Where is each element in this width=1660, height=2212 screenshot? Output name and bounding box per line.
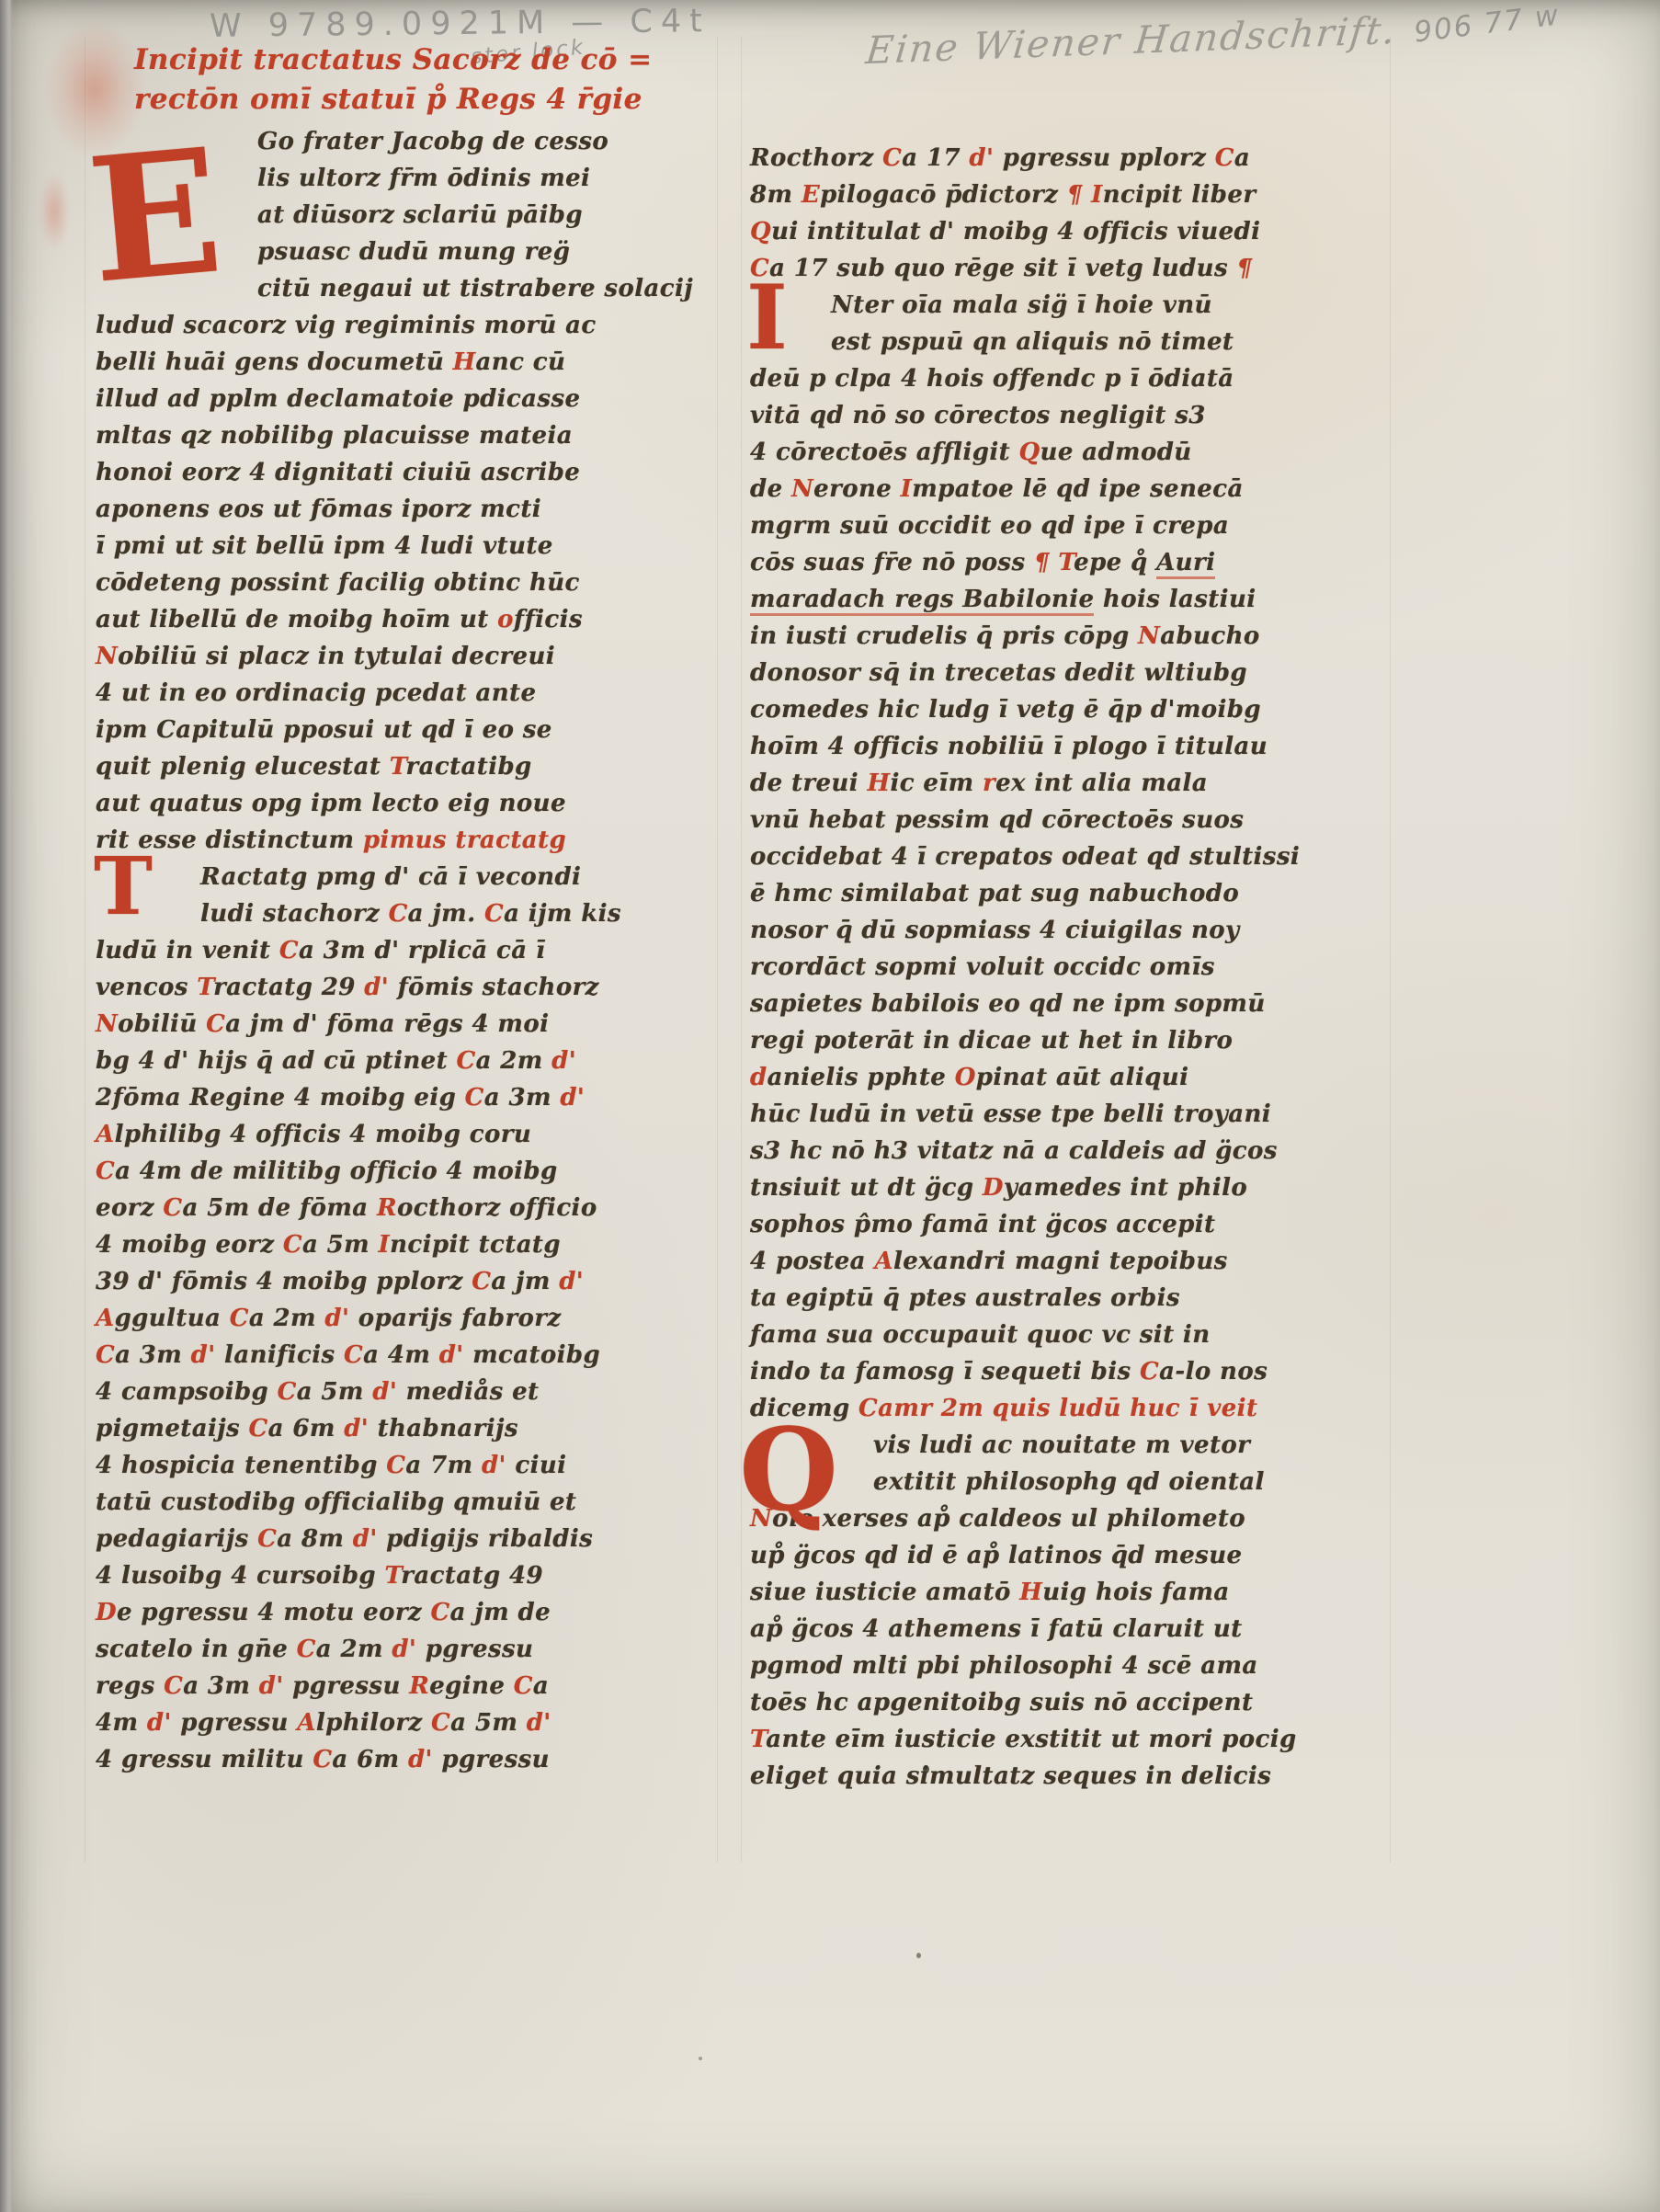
text-line: ī pmi ut sit bellū ipm 4 ludi vtute	[96, 528, 713, 564]
rubricated-text: C	[465, 1084, 484, 1112]
ink-text: ncipit liber	[1103, 181, 1256, 209]
text-line: Nobiliū Ca jm d' fōma rēgs 4 moi	[96, 1006, 713, 1043]
text-line: s3 hc nō h3 vitatz nā a caldeis ad g̈cos	[750, 1133, 1393, 1169]
ink-text: maradach regs Babilonie	[750, 586, 1094, 616]
ink-text: mpatoe lē qd ipe senecā	[912, 475, 1244, 503]
text-line: honoi eorz 4 dignitati ciuiū ascribe	[96, 454, 713, 491]
rubricated-text: C	[431, 1709, 450, 1737]
ink-text: est pspuū qn aliquis nō timet	[831, 328, 1234, 356]
ink-text: a	[1234, 144, 1250, 172]
text-line: Rocthorz Ca 17 d' pgressu pplorz Ca	[750, 140, 1393, 177]
ink-text: ta egiptū q̄ ptes australes orbis	[750, 1284, 1180, 1312]
text-line: ludi stachorz Ca jm. Ca ijm kis	[96, 895, 713, 932]
ink-text: egine	[429, 1672, 514, 1700]
rubricated-text: C	[313, 1746, 332, 1773]
rubricated-text: Q	[750, 218, 771, 245]
ink-text: de treui	[750, 770, 867, 797]
ink-text: hois lastiui	[1094, 586, 1256, 613]
rubricated-text: C	[386, 1452, 405, 1479]
ink-text: lanificis	[216, 1341, 344, 1369]
rubricated-text: d'	[392, 1636, 416, 1663]
text-line: 4 ut in eo ordinacig pcedat ante	[96, 675, 713, 712]
text-line: tnsiuit ut dt g̈cg Dyamedes int philo	[750, 1169, 1393, 1206]
text-line: quit plenig elucestat Tractatibg	[96, 748, 713, 785]
ink-text: a 3m	[484, 1084, 561, 1112]
ink-text: Nter oīa mala sig̈ ī hoie vnū	[831, 291, 1212, 319]
rubricated-text: D	[983, 1174, 1004, 1202]
ruling-line	[741, 37, 742, 1863]
rubricated-text: d'	[559, 1268, 584, 1295]
rubricated-text: C	[249, 1415, 268, 1442]
text-line: cōdeteng possint facilig obtinc hūc	[96, 564, 713, 601]
text-line: 4 postea Alexandri magni tepoibus	[750, 1243, 1393, 1280]
ink-text: oparijs fabrorz	[349, 1305, 561, 1332]
text-line: toēs hc apgenitoibg suis nō accipent	[750, 1684, 1393, 1721]
rubricated-text: d'	[482, 1452, 506, 1479]
ink-text: Ractatg pmg d' cā ī vecondi	[200, 863, 581, 891]
ink-text: a 3m	[115, 1341, 191, 1369]
ink-text: a 4m de militibg officio 4 moibg	[115, 1157, 558, 1185]
rubricated-text: A	[96, 1305, 115, 1332]
ink-text: fōmis stachorz	[389, 974, 599, 1001]
rubricated-text: d'	[344, 1415, 369, 1442]
rubricated-text: d'	[353, 1525, 378, 1553]
ink-text	[1083, 181, 1091, 209]
rubricated-text: r	[983, 770, 995, 797]
ink-text: yamedes int philo	[1004, 1174, 1247, 1202]
text-line: rectōn omī statuī p̊ Regs 4 r̄gie	[134, 80, 713, 120]
ink-text: pinat aūt aliqui	[976, 1064, 1189, 1091]
rubricated-text: H	[453, 348, 476, 376]
quis-ludi-block: Qvis ludi ac nouitate m vetorextitit phi…	[750, 1427, 1393, 1795]
rubricated-text: ¶	[1236, 255, 1252, 282]
rubricated-text: R	[409, 1672, 429, 1700]
text-line: rcordāct sopmi voluit occidc omīs	[750, 949, 1393, 986]
ink-text: eliget quia simultatz seques in delicis	[750, 1762, 1271, 1790]
ink-text: ggultua	[115, 1305, 230, 1332]
rubricated-text: T	[1058, 549, 1074, 576]
text-line: indo ta famosg ī sequeti bis Ca-lo nos	[750, 1353, 1393, 1390]
ink-text: thabnarijs	[369, 1415, 518, 1442]
ruling-line	[717, 37, 718, 1863]
rubricated-text: C	[96, 1341, 115, 1369]
rubricated-text: E	[802, 181, 820, 209]
ink-text: pgressu	[416, 1636, 533, 1663]
ink-text: pigmetaijs	[96, 1415, 249, 1442]
ink-text: vis ludi ac nouitate m vetor	[873, 1431, 1250, 1459]
ink-text: up̊ g̈cos qd id ē ap̊ latinos q̄d mesue	[750, 1542, 1242, 1569]
ink-text: ractatg 49	[401, 1562, 543, 1590]
text-line: aut libellū de moibg hoīm ut officis	[96, 601, 713, 638]
ink-smudge	[33, 156, 75, 267]
text-line: Nobiliū si placz in tytulai decreui	[96, 638, 713, 675]
text-line: pedagiarijs Ca 8m d' pdigijs ribaldis	[96, 1521, 713, 1557]
ink-text: pdigijs ribaldis	[378, 1525, 593, 1553]
ink-text: erone	[813, 475, 900, 503]
text-line: deū p clpa 4 hois offendc p ī ōdiatā	[750, 360, 1393, 397]
rubricated-text: C	[279, 937, 299, 964]
rubricated-text: d'	[439, 1341, 464, 1369]
text-line: Incipit tractatus Sacorz de cō =	[134, 40, 713, 80]
rubricated-text: d'	[259, 1672, 284, 1700]
ink-text: 4 gressu militu	[96, 1746, 313, 1773]
ink-text: a 3m d' rplicā cā ī	[299, 937, 545, 964]
rubricated-text: C	[283, 1231, 302, 1259]
pencil-cursive-note: Eine Wiener Handschrift.	[864, 8, 1399, 73]
column-right: Rocthorz Ca 17 d' pgressu pplorz Ca8m Ep…	[750, 140, 1393, 1795]
ink-text: 4 cōrectoēs affligit	[750, 439, 1018, 466]
ink-text: uig hois fama	[1042, 1579, 1229, 1606]
stain-speck	[699, 2057, 702, 2060]
ink-text: psuasc dudū mung reg̈	[257, 238, 570, 266]
rubricated-text: d	[750, 1064, 767, 1091]
ink-text: hūc ludū in vetū esse tpe belli troyani	[750, 1100, 1271, 1128]
text-line: extitit philosophg qd oiental	[750, 1464, 1393, 1500]
text-line: est pspuū qn aliquis nō timet	[750, 324, 1393, 360]
ink-text: Rocthorz	[750, 144, 882, 172]
ink-text: belli huāi gens documetū	[96, 348, 453, 376]
ink-text: 4 campsoibg	[96, 1378, 278, 1406]
rubricated-text: d'	[560, 1084, 585, 1112]
text-line: Nter oīa mala sig̈ ī hoie vnū	[750, 287, 1393, 324]
rubricated-text: T	[197, 974, 213, 1001]
text-line: hoīm 4 officis nobiliū ī plogo ī titulau	[750, 728, 1393, 765]
text-line: Alphilibg 4 officis 4 moibg coru	[96, 1116, 713, 1153]
rubricated-text: Camr 2m quis ludū huc ī veit	[858, 1395, 1257, 1422]
text-line: 39 d' fōmis 4 moibg pplorz Ca jm d'	[96, 1263, 713, 1300]
ink-text: anielis pphte	[767, 1064, 955, 1091]
ink-text: a jm.	[408, 900, 484, 928]
ink-text: regs	[96, 1672, 164, 1700]
text-line: pigmetaijs Ca 6m d' thabnarijs	[96, 1410, 713, 1447]
rubricated-text: A	[297, 1709, 316, 1737]
text-line: nosor q̄ dū sopmiass 4 ciuigilas noy	[750, 912, 1393, 949]
text-line: ludū in venit Ca 3m d' rplicā cā ī	[96, 932, 713, 969]
ink-text: a 17	[902, 144, 969, 172]
ink-text: lphilorz	[316, 1709, 431, 1737]
text-line: Noīe xerses ap̊ caldeos ul philometo	[750, 1500, 1393, 1537]
ink-text: a jm d' fōma rēgs 4 moi	[225, 1010, 549, 1038]
text-line: fama sua occupauit quoc vc sit in	[750, 1317, 1393, 1353]
ink-text: cōs suas fr̄e nō poss	[750, 549, 1034, 576]
text-line: de Nerone Impatoe lē qd ipe senecā	[750, 471, 1393, 507]
rubricated-text: C	[278, 1378, 297, 1406]
text-line: 4 moibg eorz Ca 5m Incipit tctatg	[96, 1226, 713, 1263]
rubricated-text: A	[96, 1121, 115, 1148]
ink-text: a 6m	[268, 1415, 345, 1442]
ink-text: rcordāct sopmi voluit occidc omīs	[750, 953, 1215, 981]
ink-text: a 5m	[297, 1378, 373, 1406]
text-line: comedes hic ludg ī vetg ē q̄p d'moibg	[750, 691, 1393, 728]
text-line: sophos p̂mo famā int g̈cos accepit	[750, 1206, 1393, 1243]
ink-text: ludi stachorz	[200, 900, 389, 928]
pencil-shelfmark: W 9789.0921M — C4t	[210, 3, 711, 45]
ink-text: mgrm suū occidit eo qd ipe ī crepa	[750, 512, 1229, 540]
rubricated-text: C	[514, 1672, 533, 1700]
text-line: sapietes babilois eo qd ne ipm sopmū	[750, 986, 1393, 1022]
text-line: mltas qz nobilibg placuisse mateia	[96, 417, 713, 454]
rubricated-text: C	[164, 1672, 183, 1700]
text-line: cōs suas fr̄e nō poss ¶ Tepe q̊ Auri	[750, 544, 1393, 581]
text-line: 4 gressu militu Ca 6m d' pgressu	[96, 1741, 713, 1778]
ink-text: ncipit tctatg	[390, 1231, 561, 1259]
ink-text: scatelo in gn̄e	[96, 1636, 297, 1663]
rubricated-text: C	[96, 1157, 115, 1185]
rubricated-text: C	[1215, 144, 1234, 172]
rubricated-text: T	[390, 753, 406, 781]
ink-text: vitā qd nō so cōrectos negligit s3	[750, 402, 1206, 429]
rubricated-text: N	[791, 475, 813, 503]
ink-text: a 2m	[249, 1305, 325, 1332]
ink-text: a 8m	[277, 1525, 353, 1553]
ink-text: mltas qz nobilibg placuisse mateia	[96, 422, 573, 450]
text-line: 4 cōrectoēs affligit Que admodū	[750, 434, 1393, 471]
rubricated-text: C	[472, 1268, 491, 1295]
drop-cap-initial: Q	[739, 1414, 838, 1528]
ink-text: aut libellū de moibg hoīm ut	[96, 606, 497, 633]
ink-text: Auri	[1156, 549, 1215, 579]
inter-omnia-block: INter oīa mala sig̈ ī hoie vnūest pspuū …	[750, 287, 1393, 1427]
text-line: bg 4 d' hijs q̄ ad cū ptinet Ca 2m d'	[96, 1043, 713, 1079]
ink-text: ludud scacorz vig regiminis morū ac	[96, 312, 597, 339]
rubricated-text: C	[431, 1599, 450, 1626]
ink-text: a ijm kis	[504, 900, 621, 928]
text-line: aponens eos ut fōmas iporz mcti	[96, 491, 713, 528]
ink-text: sapietes babilois eo qd ne ipm sopmū	[750, 990, 1266, 1018]
text-line: danielis pphte Opinat aūt aliqui	[750, 1059, 1393, 1096]
rubricated-text: C	[257, 1525, 277, 1553]
rubricated-text: C	[457, 1047, 476, 1075]
manuscript-page: W 9789.0921M — C4t stor lock 906 77 w Ei…	[0, 0, 1660, 2212]
ink-text: indo ta famosg ī sequeti bis	[750, 1358, 1140, 1385]
rubricated-text: C	[344, 1341, 363, 1369]
ink-text: ludū in venit	[96, 937, 279, 964]
rubricated-text: d'	[969, 144, 994, 172]
text-line: occidebat 4 ī crepatos odeat qd stultiss…	[750, 838, 1393, 875]
ink-text: 4 ut in eo ordinacig pcedat ante	[96, 679, 536, 707]
text-line: siue iusticie amatō Huig hois fama	[750, 1574, 1393, 1611]
text-line: vis ludi ac nouitate m vetor	[750, 1427, 1393, 1464]
ink-text: quit plenig elucestat	[96, 753, 390, 781]
ink-text: occidebat 4 ī crepatos odeat qd stultiss…	[750, 843, 1300, 871]
ink-text: 4 postea	[750, 1248, 874, 1275]
text-line: De pgressu 4 motu eorz Ca jm de	[96, 1594, 713, 1631]
ink-text: ipm Capitulū pposui ut qd ī eo se	[96, 716, 552, 744]
rubricated-text: C	[206, 1010, 225, 1038]
ink-text: octhorz officio	[397, 1194, 597, 1222]
rubricated-text: C	[230, 1305, 249, 1332]
ink-text: a 2m	[476, 1047, 552, 1075]
rubricated-text: d'	[147, 1709, 172, 1737]
ink-text: abucho	[1160, 622, 1259, 650]
ink-text: ī pmi ut sit bellū ipm 4 ludi vtute	[96, 532, 553, 560]
text-line: Ractatg pmg d' cā ī vecondi	[96, 859, 713, 895]
ink-text: citū negaui ut tistrabere solacij	[257, 275, 693, 302]
ink-text: toēs hc apgenitoibg suis nō accipent	[750, 1689, 1253, 1716]
rubricated-text: d'	[191, 1341, 216, 1369]
text-line: 8m Epilogacō p̄dictorz ¶ Incipit liber	[750, 177, 1393, 213]
text-line: 4 hospicia tenentibg Ca 7m d' ciui	[96, 1447, 713, 1484]
ink-text: illud ad pplm declamatoie pdicasse	[96, 385, 580, 413]
ink-text: anc cū	[476, 348, 566, 376]
ink-text: sophos p̂mo famā int g̈cos accepit	[750, 1211, 1215, 1238]
ink-text: in iusti crudelis q̄ pris cōpg	[750, 622, 1138, 650]
text-line: Aggultua Ca 2m d' oparijs fabrorz	[96, 1300, 713, 1337]
ink-text: a 3m	[183, 1672, 259, 1700]
rubricated-text: d'	[372, 1378, 397, 1406]
ink-text: ractatibg	[406, 753, 532, 781]
text-line: pgmod mlti pbi philosophi 4 scē ama	[750, 1648, 1393, 1684]
text-line: ta egiptū q̄ ptes australes orbis	[750, 1280, 1393, 1317]
ink-text: obiliū	[118, 1010, 206, 1038]
rubricated-text: ¶	[1067, 181, 1083, 209]
ink-text: deū p clpa 4 hois offendc p ī ōdiatā	[750, 365, 1234, 393]
text-line: regs Ca 3m d' pgressu Regine Ca	[96, 1668, 713, 1705]
rubricated-text: d'	[364, 974, 389, 1001]
text-line: rit esse distinctum pimus tractatg	[96, 822, 713, 859]
ruling-line	[85, 37, 85, 1863]
ink-text: pgressu pplorz	[994, 144, 1214, 172]
ink-text: cōdeteng possint facilig obtinc hūc	[96, 569, 580, 597]
ink-text: hoīm 4 officis nobiliū ī plogo ī titulau	[750, 733, 1268, 760]
text-line: scatelo in gn̄e Ca 2m d' pgressu	[96, 1631, 713, 1668]
text-line: donosor sq̄ in trecetas dedit wltiubg	[750, 655, 1393, 691]
ink-text: s3 hc nō h3 vitatz nā a caldeis ad g̈cos	[750, 1137, 1278, 1165]
ink-text: tnsiuit ut dt g̈cg	[750, 1174, 983, 1202]
text-line: Ca 4m de militibg officio 4 moibg	[96, 1153, 713, 1190]
column-left: Incipit tractatus Sacorz de cō =rectōn o…	[96, 40, 713, 1778]
ink-text: a 5m	[302, 1231, 379, 1259]
ink-text: epe q̊	[1074, 549, 1156, 576]
ink-text: mediås et	[397, 1378, 539, 1406]
rubricated-text: pimus tractatg	[363, 827, 566, 854]
rubricated-text: N	[96, 643, 118, 670]
ink-text: tatū custodibg officialibg qmuiū et	[96, 1488, 576, 1516]
ink-text: ap̊ g̈cos 4 athemens ī fatū claruit ut	[750, 1615, 1243, 1643]
ink-text: a 4m	[363, 1341, 439, 1369]
rubricated-text: T	[750, 1726, 766, 1753]
ink-text: Go frater Jacobg de cesso	[257, 128, 608, 155]
text-line: vitā qd nō so cōrectos negligit s3	[750, 397, 1393, 434]
text-line: Qui intitulat d' moibg 4 officis viuedi	[750, 213, 1393, 250]
ink-text: nosor q̄ dū sopmiass 4 ciuigilas noy	[750, 917, 1240, 944]
ink-text: regi poterāt in dicae ut het in libro	[750, 1027, 1233, 1055]
text-line: dicemg Camr 2m quis ludū huc ī veit	[750, 1390, 1393, 1427]
ink-text: 4 hospicia tenentibg	[96, 1452, 386, 1479]
rubricated-text: H	[1019, 1579, 1042, 1606]
rubricated-text: d'	[551, 1047, 576, 1075]
rubricated-text: I	[1091, 181, 1103, 209]
ink-text: 4 lusoibg 4 cursoibg	[96, 1562, 384, 1590]
rubric-incipit: Incipit tractatus Sacorz de cō =rectōn o…	[134, 40, 713, 120]
pencil-number: 906 77 w	[1412, 0, 1562, 50]
rubricated-text: I	[379, 1231, 391, 1259]
text-line: 4 lusoibg 4 cursoibg Tractatg 49	[96, 1557, 713, 1594]
ink-text: a 17 sub quo rēge sit ī vetg ludus	[769, 255, 1236, 282]
ink-text: de	[750, 475, 791, 503]
ink-text: a jm	[491, 1268, 559, 1295]
text-line: ap̊ g̈cos 4 athemens ī fatū claruit ut	[750, 1611, 1393, 1648]
text-line: Ca 17 sub quo rēge sit ī vetg ludus ¶	[750, 250, 1393, 287]
ink-text: pgressu	[172, 1709, 297, 1737]
ink-text: ciui	[506, 1452, 567, 1479]
ink-text: mcatoibg	[464, 1341, 600, 1369]
drop-cap-initial: E	[83, 125, 227, 307]
rubricated-text: H	[867, 770, 890, 797]
rubricated-text: d'	[324, 1305, 349, 1332]
rubricated-text: R	[377, 1194, 397, 1222]
ink-text: pgressu	[284, 1672, 409, 1700]
drop-cap-initial: I	[746, 274, 788, 362]
rubricated-text: N	[96, 1010, 118, 1038]
ink-text: pgmod mlti pbi philosophi 4 scē ama	[750, 1652, 1258, 1680]
ink-text: ē hmc similabat pat sug nabuchodo	[750, 880, 1239, 907]
text-line: up̊ g̈cos qd id ē ap̊ latinos q̄d mesue	[750, 1537, 1393, 1574]
text-line: belli huāi gens documetū Hanc cū	[96, 344, 713, 381]
ink-text: donosor sq̄ in trecetas dedit wltiubg	[750, 659, 1247, 687]
ink-text: 8m	[750, 181, 802, 209]
text-line: tatū custodibg officialibg qmuiū et	[96, 1484, 713, 1521]
ink-text: a jm de	[450, 1599, 551, 1626]
ink-text: fficis	[514, 606, 583, 633]
ink-text: 4 moibg eorz	[96, 1231, 283, 1259]
ink-text: pedagiarijs	[96, 1525, 257, 1553]
ink-text: at diūsorz sclariū pāibg	[257, 201, 583, 229]
ink-text: vencos	[96, 974, 197, 1001]
rubricated-text: Incipit tractatus Sacorz de cō =	[134, 43, 652, 76]
rubricated-text: D	[96, 1599, 117, 1626]
stain-speck	[916, 1953, 921, 1958]
text-line: de treui Hic eīm rex int alia mala	[750, 765, 1393, 802]
rubricated-text: Q	[1018, 439, 1040, 466]
ink-text: lis ultorz fr̄m ōdinis mei	[257, 165, 590, 192]
rubricated-text: C	[163, 1194, 182, 1222]
ink-text: ractatg 29	[213, 974, 364, 1001]
ink-text: lexandri magni tepoibus	[893, 1248, 1228, 1275]
chapter-list-end-block: Rocthorz Ca 17 d' pgressu pplorz Ca8m Ep…	[750, 140, 1393, 287]
text-line: eliget quia simultatz seques in delicis	[750, 1758, 1393, 1795]
rubricated-text: N	[1138, 622, 1160, 650]
text-line: 4 campsoibg Ca 5m d' mediås et	[96, 1374, 713, 1410]
ink-text: fama sua occupauit quoc vc sit in	[750, 1321, 1211, 1349]
text-line: aut quatus opg ipm lecto eig noue	[96, 785, 713, 822]
text-line: in iusti crudelis q̄ pris cōpg Nabucho	[750, 618, 1393, 655]
ink-text: ic eīm	[890, 770, 983, 797]
rubricated-text: d'	[527, 1709, 551, 1737]
ink-text: a 5m de fōma	[183, 1194, 377, 1222]
text-line: maradach regs Babilonie hois lastiui	[750, 581, 1393, 618]
text-line: regi poterāt in dicae ut het in libro	[750, 1022, 1393, 1059]
ink-text: e pgressu 4 motu eorz	[117, 1599, 431, 1626]
ink-text: a 2m	[316, 1636, 392, 1663]
ink-text: lphilibg 4 officis 4 moibg coru	[115, 1121, 532, 1148]
text-line: hūc ludū in vetū esse tpe belli troyani	[750, 1096, 1393, 1133]
ink-text	[1050, 549, 1058, 576]
text-line: 2fōma Regine 4 moibg eig Ca 3m d'	[96, 1079, 713, 1116]
scan-edge	[0, 0, 13, 2212]
ink-text: 39 d' fōmis 4 moibg pplorz	[96, 1268, 472, 1295]
rubricated-text: C	[1140, 1358, 1159, 1385]
ink-text: oīe xerses ap̊ caldeos ul philometo	[772, 1505, 1245, 1533]
text-line: illud ad pplm declamatoie pdicasse	[96, 381, 713, 417]
ink-text: aut quatus opg ipm lecto eig noue	[96, 790, 566, 817]
rubricated-text: C	[297, 1636, 316, 1663]
ink-text: siue iusticie amatō	[750, 1579, 1019, 1606]
ink-text: a 6m	[332, 1746, 408, 1773]
prologue-block: EGo frater Jacobg de cessolis ultorz fr̄…	[96, 123, 713, 859]
ink-text: extitit philosophg qd oiental	[873, 1468, 1265, 1496]
ink-text: vnū hebat pessim qd cōrectoēs suos	[750, 806, 1244, 834]
